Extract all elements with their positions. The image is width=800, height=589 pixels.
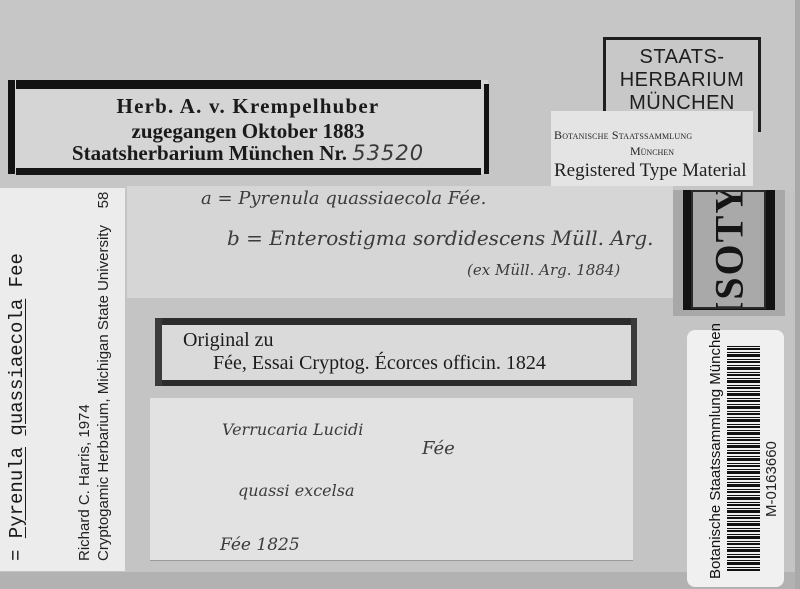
isotype-label: ISOTY	[683, 190, 775, 310]
slip-line2: Fée	[422, 438, 455, 459]
barcode-rotated: Botanische Staatssammlung München M-0163…	[687, 330, 784, 587]
reg-line3: Registered Type Material	[554, 160, 746, 182]
det-line-b: b = Enterostigma sordidescens Müll. Arg.	[227, 226, 654, 250]
annotation-institution: Cryptogamic Herbarium, Michigan State Un…	[95, 192, 112, 561]
original-handwritten-slip: Verrucaria Lucidi Fée quassi excelsa Fée…	[150, 398, 633, 561]
kremp-line3: Staatsherbarium München Nr. 53520	[8, 141, 488, 166]
krempelhuber-label: Herb. A. v. Krempelhuber zugegangen Okto…	[8, 80, 488, 174]
label-border-bottom	[16, 168, 481, 175]
barcode-bars	[727, 346, 760, 571]
accession-number: 53520	[352, 141, 424, 165]
annotation-rotated: = Pyrenula quassiaecola Fee Richard C. H…	[0, 188, 125, 571]
isotype-label-wrap: ISOTY	[673, 190, 785, 316]
original-line2: Fée, Essai Cryptog. Écorces officin. 182…	[213, 352, 546, 375]
original-line1: Original zu	[183, 329, 274, 352]
barcode-label: Botanische Staatssammlung München M-0163…	[687, 330, 784, 587]
annotation-institution-text: Cryptogamic Herbarium, Michigan State Un…	[95, 225, 112, 561]
annotation-determiner: Richard C. Harris, 1974	[76, 404, 93, 561]
handwritten-determination-slip: a = Pyrenula quassiaecola Fée. b = Enter…	[127, 186, 673, 298]
slip-line4: Fée 1825	[220, 535, 300, 555]
isotype-inner-frame: ISOTY	[691, 190, 766, 309]
label-border-left	[155, 318, 162, 386]
stamp-line1: STAATS-	[606, 46, 758, 69]
annotation-number: 58	[95, 192, 112, 209]
annotation-author: Fee	[6, 253, 28, 287]
folder-bottom-edge	[0, 572, 795, 589]
det-line-c: (ex Müll. Arg. 1884)	[467, 261, 620, 279]
kremp-line3-prefix: Staatsherbarium München Nr.	[72, 141, 347, 165]
slip-line1: Verrucaria Lucidi	[222, 420, 363, 439]
annotation-genus: Pyrenula	[6, 447, 28, 538]
registered-type-label: Botanische Staatssammlung München Regist…	[551, 111, 753, 186]
barcode-institution: Botanische Staatssammlung München	[707, 323, 724, 579]
label-border-bottom	[155, 380, 637, 386]
label-border-top	[155, 318, 637, 325]
equals-sign: =	[6, 538, 28, 561]
kremp-line1: Herb. A. v. Krempelhuber	[8, 94, 488, 119]
annotation-species: quassiaecola	[6, 299, 28, 436]
original-zu-label: Original zu Fée, Essai Cryptog. Écorces …	[155, 318, 637, 386]
sheet-right-edge	[795, 0, 800, 589]
isotype-text: ISOTY	[705, 190, 752, 309]
barcode-id: M-0163660	[763, 441, 780, 517]
annotation-name: = Pyrenula quassiaecola Fee	[6, 253, 28, 561]
det-line-a: a = Pyrenula quassiaecola Fée.	[201, 188, 486, 209]
reg-line2: München	[551, 144, 753, 159]
label-border-top	[16, 80, 481, 89]
annotation-label: = Pyrenula quassiaecola Fee Richard C. H…	[0, 188, 125, 571]
slip-line3: quassi excelsa	[238, 481, 355, 500]
label-border-right	[631, 318, 637, 386]
stamp-line2: HERBARIUM	[606, 69, 758, 92]
reg-line1: Botanische Staatssammlung	[554, 128, 692, 143]
